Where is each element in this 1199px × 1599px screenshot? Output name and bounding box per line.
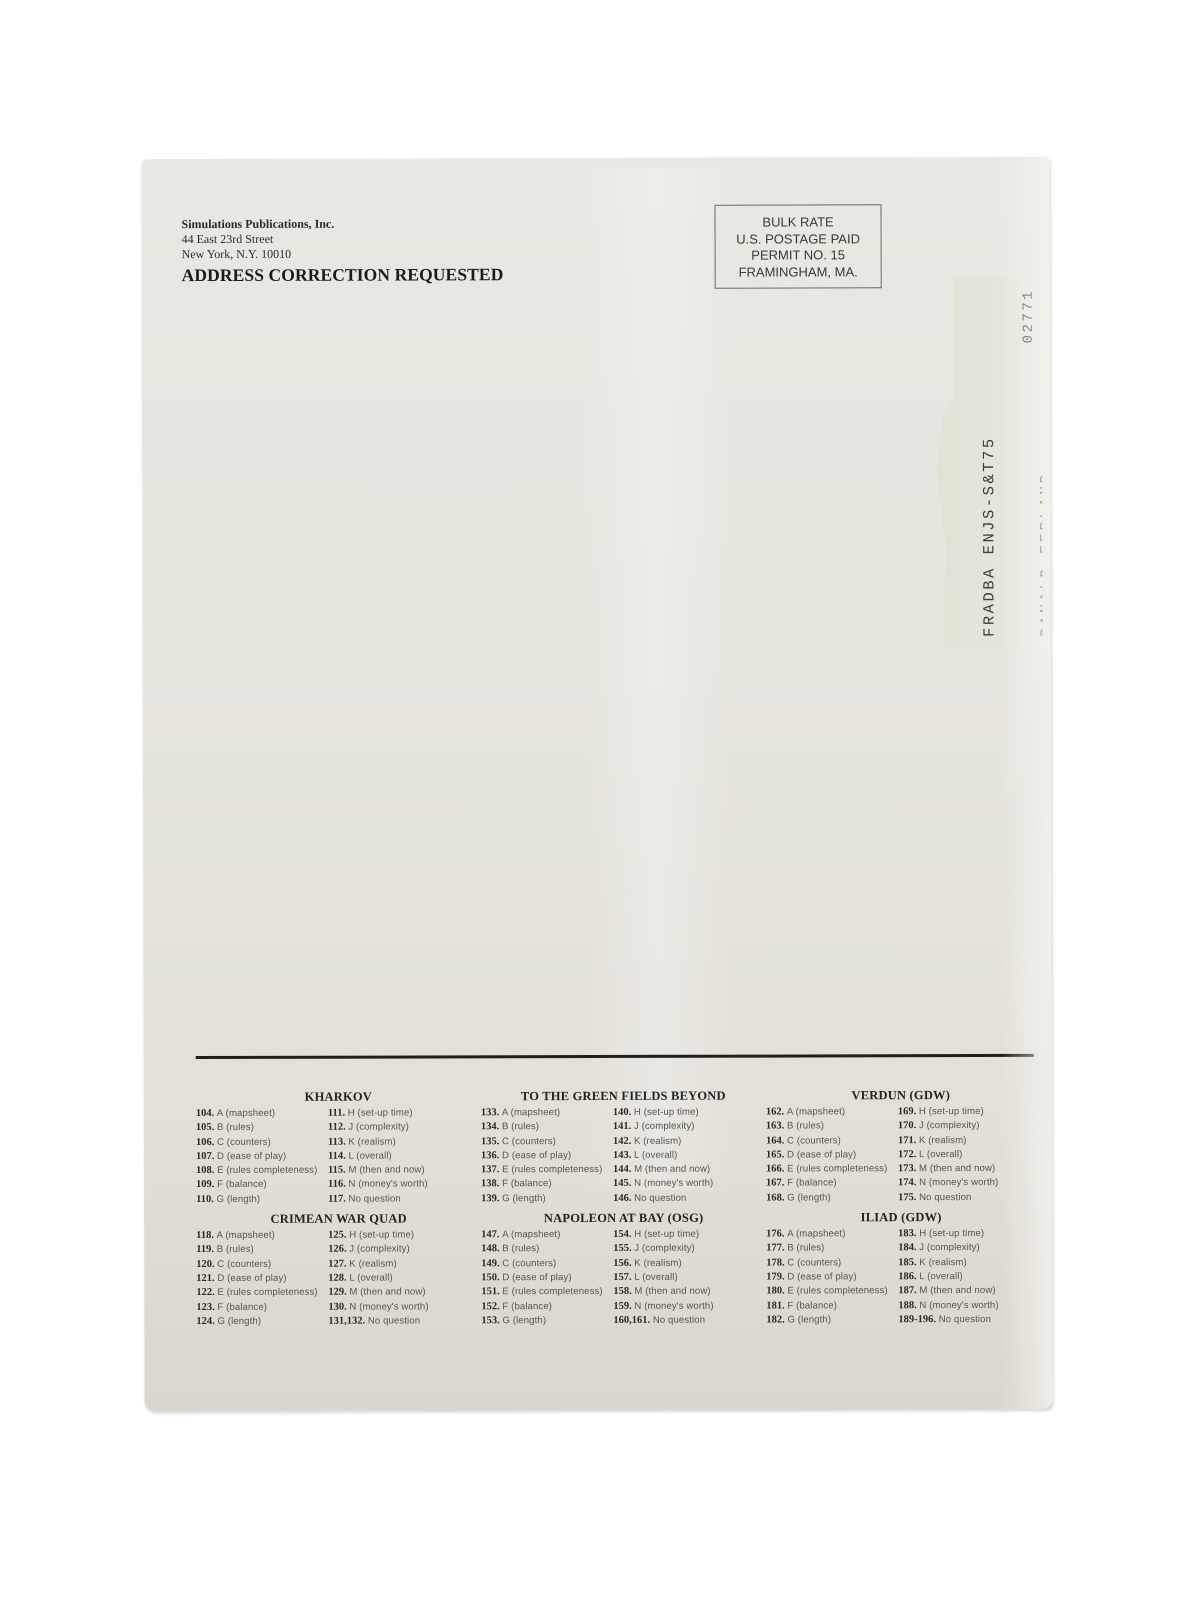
question-text: No question (349, 1193, 401, 1204)
question-text: E (rules completeness) (787, 1286, 887, 1297)
question-number: 156. (613, 1258, 631, 1269)
question-text: C (counters) (787, 1257, 841, 1268)
question-number: 155. (613, 1243, 631, 1254)
survey-question: 178. C (counters) (766, 1256, 898, 1271)
question-number: 129. (328, 1287, 346, 1298)
question-text: L (overall) (348, 1150, 391, 1161)
question-number: 176. (766, 1229, 784, 1240)
question-number: 167. (766, 1178, 784, 1189)
survey-question: 107. D (ease of play) (196, 1150, 328, 1165)
question-number: 133. (481, 1107, 499, 1118)
mailer-back-cover: Simulations Publications, Inc. 44 East 2… (141, 157, 1052, 1411)
question-text: M (then and now) (919, 1163, 995, 1174)
question-text: J (complexity) (919, 1120, 980, 1131)
survey-question: 149. C (counters) (481, 1257, 613, 1272)
survey-question: 184. J (complexity) (898, 1241, 1036, 1256)
question-text: N (money's worth) (349, 1301, 428, 1312)
question-number: 123. (196, 1302, 214, 1313)
survey-question: 109. F (balance) (196, 1178, 328, 1193)
survey-question: 129. M (then and now) (328, 1286, 481, 1301)
survey-question: 157. L (overall) (613, 1271, 766, 1286)
survey-question: 166. E (rules completeness) (766, 1162, 898, 1177)
question-text: L (overall) (919, 1149, 962, 1160)
question-text: J (complexity) (634, 1243, 695, 1254)
question-number: 107. (196, 1151, 214, 1162)
survey-question: 168. G (length) (766, 1191, 898, 1206)
survey-question: 120. C (counters) (196, 1257, 328, 1272)
question-text: D (ease of play) (787, 1149, 856, 1160)
survey-question: 187. M (then and now) (898, 1284, 1036, 1299)
label-line: SEEKONK MA (1151, 294, 1171, 636)
address-correction-notice: ADDRESS CORRECTION REQUESTED (182, 264, 504, 286)
question-text: G (length) (217, 1194, 261, 1205)
question-number: 136. (481, 1150, 499, 1161)
question-number: 168. (766, 1192, 784, 1203)
survey-question: 105. B (rules) (196, 1121, 328, 1136)
postage-line: BULK RATE (716, 214, 881, 231)
question-number: 173. (898, 1163, 916, 1174)
question-text: A (mapsheet) (787, 1106, 845, 1117)
divider-rule (196, 1054, 1034, 1059)
question-number: 158. (613, 1286, 631, 1297)
question-text: N (money's worth) (634, 1300, 713, 1311)
survey-question: 110. G (length) (196, 1192, 328, 1207)
question-number: 184. (898, 1243, 916, 1254)
question-number: 157. (613, 1272, 631, 1283)
question-text: B (rules) (787, 1121, 824, 1132)
survey-game-block: VERDUN (GDW)162. A (mapsheet)163. B (rul… (766, 1087, 1036, 1206)
survey-question: 174. N (money's worth) (898, 1176, 1036, 1191)
question-text: C (counters) (502, 1136, 556, 1147)
question-number: 114. (328, 1151, 346, 1162)
survey-column-right: 154. H (set-up time)155. J (complexity)1… (613, 1228, 766, 1328)
question-number: 134. (481, 1122, 499, 1133)
question-number: 140. (613, 1107, 631, 1118)
question-number: 149. (481, 1258, 499, 1269)
question-text: E (rules completeness) (502, 1286, 602, 1297)
survey-question: 162. A (mapsheet) (766, 1105, 898, 1120)
question-text: J (complexity) (919, 1242, 980, 1253)
survey-question: 111. H (set-up time) (328, 1106, 481, 1121)
question-number: 188. (898, 1300, 916, 1311)
survey-question: 170. J (complexity) (898, 1119, 1036, 1134)
question-text: F (balance) (787, 1300, 837, 1311)
question-text: M (then and now) (919, 1285, 995, 1296)
question-text: F (balance) (217, 1179, 267, 1190)
game-title: VERDUN (GDW) (766, 1087, 1036, 1104)
survey-question: 172. L (overall) (898, 1148, 1036, 1163)
survey-question: 118. A (mapsheet) (196, 1229, 328, 1244)
question-text: K (realism) (634, 1257, 682, 1268)
question-text: No question (368, 1315, 420, 1326)
postage-indicia: BULK RATE U.S. POSTAGE PAID PERMIT NO. 1… (714, 204, 881, 288)
survey-question: 182. G (length) (766, 1313, 898, 1328)
question-number: 175. (898, 1192, 916, 1203)
question-number: 124. (196, 1316, 214, 1327)
question-number: 182. (766, 1314, 784, 1325)
question-number: 109. (196, 1179, 214, 1190)
survey-column-left: 133. A (mapsheet)134. B (rules)135. C (c… (481, 1106, 613, 1206)
question-number: 174. (898, 1178, 916, 1189)
question-number: 139. (481, 1193, 499, 1204)
postage-line: FRAMINGHAM, MA. (716, 264, 881, 281)
question-number: 183. (898, 1228, 916, 1239)
survey-question: 158. M (then and now) (613, 1285, 766, 1300)
question-number: 145. (613, 1178, 631, 1189)
survey-question: 137. E (rules completeness) (481, 1163, 613, 1178)
question-number: 110. (196, 1194, 214, 1205)
question-number: 142. (613, 1136, 631, 1147)
question-number: 122. (196, 1287, 214, 1298)
survey-column-right: 169. H (set-up time)170. J (complexity)1… (898, 1105, 1036, 1205)
question-number: 115. (328, 1165, 346, 1176)
question-number: 108. (196, 1165, 214, 1176)
survey-question: 112. J (complexity) (328, 1121, 481, 1136)
question-number: 135. (481, 1136, 499, 1147)
survey-question: 179. D (ease of play) (766, 1270, 898, 1285)
survey-question: 116. N (money's worth) (328, 1178, 481, 1193)
question-text: G (length) (787, 1314, 831, 1325)
survey-question: 141. J (complexity) (613, 1120, 766, 1135)
question-text: N (money's worth) (349, 1179, 428, 1190)
question-number: 128. (328, 1273, 346, 1284)
question-number: 112. (328, 1122, 346, 1133)
question-number: 152. (481, 1301, 499, 1312)
question-text: C (counters) (502, 1258, 556, 1269)
survey-question: 126. J (complexity) (328, 1243, 481, 1258)
question-text: H (set-up time) (634, 1229, 699, 1240)
survey-question: 181. F (balance) (766, 1299, 898, 1314)
question-text: D (ease of play) (217, 1151, 286, 1162)
survey-question: 177. B (rules) (766, 1242, 898, 1257)
survey-question: 163. B (rules) (766, 1120, 898, 1135)
game-title: ILIAD (GDW) (766, 1209, 1036, 1226)
question-text: F (balance) (787, 1178, 837, 1189)
survey-question: 121. D (ease of play) (196, 1272, 328, 1287)
survey-question: 139. G (length) (481, 1192, 613, 1207)
survey-question: 183. H (set-up time) (898, 1227, 1036, 1242)
question-number: 131,132. (328, 1315, 365, 1326)
survey-question: 125. H (set-up time) (328, 1228, 481, 1243)
game-title: KHARKOV (196, 1088, 481, 1105)
survey-question: 113. K (realism) (328, 1135, 481, 1150)
survey-question: 164. C (counters) (766, 1134, 898, 1149)
question-text: No question (653, 1315, 705, 1326)
question-number: 113. (328, 1136, 346, 1147)
label-line: FRADBA ENJS-S&T75 (980, 295, 1000, 637)
survey-question: 135. C (counters) (481, 1135, 613, 1150)
survey-question: 117. No question (328, 1192, 481, 1207)
question-number: 150. (481, 1272, 499, 1283)
survey-column-left: 147. A (mapsheet)148. B (rules)149. C (c… (481, 1228, 613, 1328)
survey-question: 130. N (money's worth) (328, 1300, 481, 1315)
survey-column-right: 140. H (set-up time)141. J (complexity)1… (613, 1106, 766, 1206)
question-text: K (realism) (919, 1257, 967, 1268)
question-number: 141. (613, 1121, 631, 1132)
question-text: D (ease of play) (787, 1271, 856, 1282)
question-number: 186. (898, 1271, 916, 1282)
question-number: 171. (898, 1135, 916, 1146)
question-text: F (balance) (502, 1179, 552, 1190)
game-title: NAPOLEON AT BAY (OSG) (481, 1210, 766, 1227)
question-number: 179. (766, 1271, 784, 1282)
survey-question: 104. A (mapsheet) (196, 1107, 328, 1122)
question-number: 121. (196, 1273, 214, 1284)
postage-line: U.S. POSTAGE PAID (716, 231, 881, 248)
question-text: A (mapsheet) (217, 1230, 275, 1241)
question-text: E (rules completeness) (787, 1163, 887, 1174)
mailing-label: 02771 FRADBA ENJS-S&T75 DANALD FERLAND 5… (932, 277, 1043, 649)
question-number: 147. (481, 1229, 499, 1240)
question-text: J (complexity) (348, 1122, 409, 1133)
question-number: 164. (766, 1135, 784, 1146)
question-text: B (rules) (217, 1122, 254, 1133)
question-text: M (then and now) (634, 1286, 710, 1297)
question-text: No question (634, 1193, 686, 1204)
question-number: 178. (766, 1257, 784, 1268)
survey-column-left: 104. A (mapsheet)105. B (rules)106. C (c… (196, 1107, 328, 1207)
question-text: L (overall) (349, 1273, 392, 1284)
question-number: 172. (898, 1149, 916, 1160)
survey-question: 175. No question (898, 1191, 1036, 1206)
question-text: D (ease of play) (502, 1150, 571, 1161)
question-text: L (overall) (919, 1271, 962, 1282)
question-number: 160,161. (613, 1315, 650, 1326)
survey-game-block: ILIAD (GDW)176. A (mapsheet)177. B (rule… (766, 1209, 1036, 1328)
survey-question: 159. N (money's worth) (613, 1299, 766, 1314)
feedback-survey-key: KHARKOV104. A (mapsheet)105. B (rules)10… (196, 1087, 1037, 1333)
question-text: G (length) (502, 1193, 546, 1204)
postage-line: PERMIT NO. 15 (716, 247, 881, 264)
publisher-street: 44 East 23rd Street (182, 231, 504, 247)
question-text: A (mapsheet) (787, 1228, 845, 1239)
survey-question: 165. D (ease of play) (766, 1148, 898, 1163)
question-text: A (mapsheet) (217, 1108, 275, 1119)
question-number: 169. (898, 1106, 916, 1117)
survey-question: 134. B (rules) (481, 1120, 613, 1135)
question-number: 170. (898, 1120, 916, 1131)
survey-question: 127. K (realism) (328, 1257, 481, 1272)
question-text: K (realism) (348, 1136, 396, 1147)
question-number: 146. (613, 1193, 631, 1204)
survey-question: 144. M (then and now) (613, 1163, 766, 1178)
survey-question: 108. E (rules completeness) (196, 1164, 328, 1179)
label-line: 58 SHIRWOOD DR (1094, 295, 1114, 637)
question-text: H (set-up time) (348, 1107, 413, 1118)
survey-question: 148. B (rules) (481, 1242, 613, 1257)
question-text: No question (939, 1314, 991, 1325)
survey-question: 152. F (balance) (481, 1300, 613, 1315)
question-number: 148. (481, 1244, 499, 1255)
question-number: 126. (328, 1244, 346, 1255)
question-text: C (counters) (217, 1259, 271, 1270)
survey-question: 145. N (money's worth) (613, 1177, 766, 1192)
question-number: 144. (613, 1164, 631, 1175)
survey-question: 143. L (overall) (613, 1148, 766, 1163)
question-text: B (rules) (217, 1244, 254, 1255)
survey-question: 150. D (ease of play) (481, 1271, 613, 1286)
survey-column-left: 162. A (mapsheet)163. B (rules)164. C (c… (766, 1105, 898, 1205)
question-text: H (set-up time) (919, 1106, 984, 1117)
survey-column-left: 118. A (mapsheet)119. B (rules)120. C (c… (196, 1229, 328, 1329)
survey-game-block: TO THE GREEN FIELDS BEYOND133. A (mapshe… (481, 1088, 766, 1207)
question-number: 125. (328, 1230, 346, 1241)
survey-column-right: 183. H (set-up time)184. J (complexity)1… (898, 1227, 1036, 1327)
question-text: K (realism) (634, 1135, 682, 1146)
question-text: C (counters) (217, 1136, 271, 1147)
question-text: N (money's worth) (919, 1300, 998, 1311)
survey-question: 146. No question (613, 1191, 766, 1206)
survey-question: 142. K (realism) (613, 1134, 766, 1149)
survey-question: 169. H (set-up time) (898, 1105, 1036, 1120)
survey-question: 173. M (then and now) (898, 1162, 1036, 1177)
survey-question: 186. L (overall) (898, 1270, 1036, 1285)
question-number: 153. (481, 1315, 499, 1326)
question-text: H (set-up time) (634, 1107, 699, 1118)
question-text: N (money's worth) (634, 1178, 713, 1189)
question-text: G (length) (217, 1316, 261, 1327)
question-number: 104. (196, 1108, 214, 1119)
question-text: G (length) (502, 1315, 546, 1326)
game-title: CRIMEAN WAR QUAD (196, 1210, 481, 1227)
question-number: 180. (766, 1286, 784, 1297)
survey-question: 133. A (mapsheet) (481, 1106, 613, 1121)
question-number: 154. (613, 1229, 631, 1240)
return-address: Simulations Publications, Inc. 44 East 2… (182, 215, 504, 286)
question-number: 117. (328, 1193, 346, 1204)
question-text: D (ease of play) (217, 1273, 286, 1284)
question-text: H (set-up time) (919, 1228, 984, 1239)
question-number: 137. (481, 1164, 499, 1175)
question-text: L (overall) (634, 1150, 677, 1161)
question-text: M (then and now) (634, 1164, 710, 1175)
question-number: 119. (196, 1244, 214, 1255)
question-text: No question (919, 1192, 971, 1203)
survey-question: 153. G (length) (481, 1314, 613, 1329)
label-line: DANALD FERLAND (1037, 295, 1057, 637)
question-text: F (balance) (217, 1301, 267, 1312)
survey-question: 106. C (counters) (196, 1135, 328, 1150)
question-number: 187. (898, 1285, 916, 1296)
survey-question: 188. N (money's worth) (898, 1298, 1036, 1313)
survey-question: 180. E (rules completeness) (766, 1284, 898, 1299)
question-text: C (counters) (787, 1135, 841, 1146)
question-number: 166. (766, 1164, 784, 1175)
question-text: E (rules completeness) (217, 1287, 317, 1298)
survey-column-right: 125. H (set-up time)126. J (complexity)1… (328, 1228, 481, 1328)
survey-question: 171. K (realism) (898, 1133, 1036, 1148)
question-text: B (rules) (502, 1121, 539, 1132)
question-text: F (balance) (502, 1301, 552, 1312)
question-number: 105. (196, 1122, 214, 1133)
question-text: E (rules completeness) (502, 1164, 602, 1175)
question-text: G (length) (787, 1192, 831, 1203)
question-text: J (complexity) (634, 1121, 695, 1132)
publisher-name: Simulations Publications, Inc. (182, 215, 504, 232)
question-number: 111. (328, 1108, 345, 1119)
survey-question: 131,132. No question (328, 1314, 481, 1329)
survey-question: 167. F (balance) (766, 1177, 898, 1192)
survey-question: 147. A (mapsheet) (481, 1228, 613, 1243)
question-number: 130. (328, 1301, 346, 1312)
question-number: 165. (766, 1149, 784, 1160)
survey-question: 156. K (realism) (613, 1256, 766, 1271)
question-number: 185. (898, 1257, 916, 1268)
survey-question: 140. H (set-up time) (613, 1106, 766, 1121)
survey-game-block: NAPOLEON AT BAY (OSG)147. A (mapsheet)14… (481, 1210, 766, 1329)
survey-question: 151. E (rules completeness) (481, 1285, 613, 1300)
question-text: A (mapsheet) (502, 1229, 560, 1240)
survey-question: 138. F (balance) (481, 1177, 613, 1192)
question-number: 118. (196, 1230, 214, 1241)
question-number: 127. (328, 1258, 346, 1269)
question-text: A (mapsheet) (502, 1107, 560, 1118)
survey-question: 123. F (balance) (196, 1300, 328, 1315)
survey-question: 122. E (rules completeness) (196, 1286, 328, 1301)
question-number: 151. (481, 1287, 499, 1298)
question-number: 189-196. (898, 1314, 936, 1325)
survey-question: 136. D (ease of play) (481, 1149, 613, 1164)
question-text: K (realism) (919, 1135, 967, 1146)
question-text: E (rules completeness) (217, 1165, 317, 1176)
question-text: H (set-up time) (349, 1230, 414, 1241)
question-number: 162. (766, 1107, 784, 1118)
survey-question: 155. J (complexity) (613, 1242, 766, 1257)
question-number: 181. (766, 1300, 784, 1311)
survey-question: 114. L (overall) (328, 1149, 481, 1164)
question-text: D (ease of play) (502, 1272, 571, 1283)
question-number: 159. (613, 1300, 631, 1311)
question-text: B (rules) (502, 1244, 539, 1255)
survey-question: 154. H (set-up time) (613, 1228, 766, 1243)
survey-question: 115. M (then and now) (328, 1163, 481, 1178)
question-text: M (then and now) (348, 1165, 424, 1176)
question-number: 116. (328, 1179, 346, 1190)
question-number: 177. (766, 1243, 784, 1254)
question-text: N (money's worth) (919, 1177, 998, 1188)
survey-game-block: CRIMEAN WAR QUAD118. A (mapsheet)119. B … (196, 1210, 481, 1329)
survey-question: 128. L (overall) (328, 1271, 481, 1286)
label-address-block: FRADBA ENJS-S&T75 DANALD FERLAND 58 SHIR… (942, 294, 1199, 637)
survey-question: 185. K (realism) (898, 1256, 1036, 1271)
survey-game-block: KHARKOV104. A (mapsheet)105. B (rules)10… (196, 1088, 481, 1207)
question-number: 143. (613, 1150, 631, 1161)
survey-question: 189-196. No question (898, 1313, 1036, 1328)
question-number: 120. (196, 1259, 214, 1270)
publisher-city: New York, N.Y. 10010 (182, 246, 504, 262)
question-text: B (rules) (787, 1243, 824, 1254)
question-number: 106. (196, 1137, 214, 1148)
question-text: J (complexity) (349, 1244, 410, 1255)
question-number: 163. (766, 1121, 784, 1132)
survey-question: 176. A (mapsheet) (766, 1227, 898, 1242)
survey-column-left: 176. A (mapsheet)177. B (rules)178. C (c… (766, 1227, 898, 1327)
question-text: L (overall) (634, 1272, 677, 1283)
question-text: K (realism) (349, 1258, 397, 1269)
game-title: TO THE GREEN FIELDS BEYOND (481, 1088, 766, 1105)
survey-question: 119. B (rules) (196, 1243, 328, 1258)
question-text: M (then and now) (349, 1287, 425, 1298)
survey-question: 160,161. No question (613, 1313, 766, 1328)
survey-column-right: 111. H (set-up time)112. J (complexity)1… (328, 1106, 481, 1206)
question-number: 138. (481, 1179, 499, 1190)
survey-question: 124. G (length) (196, 1315, 328, 1330)
